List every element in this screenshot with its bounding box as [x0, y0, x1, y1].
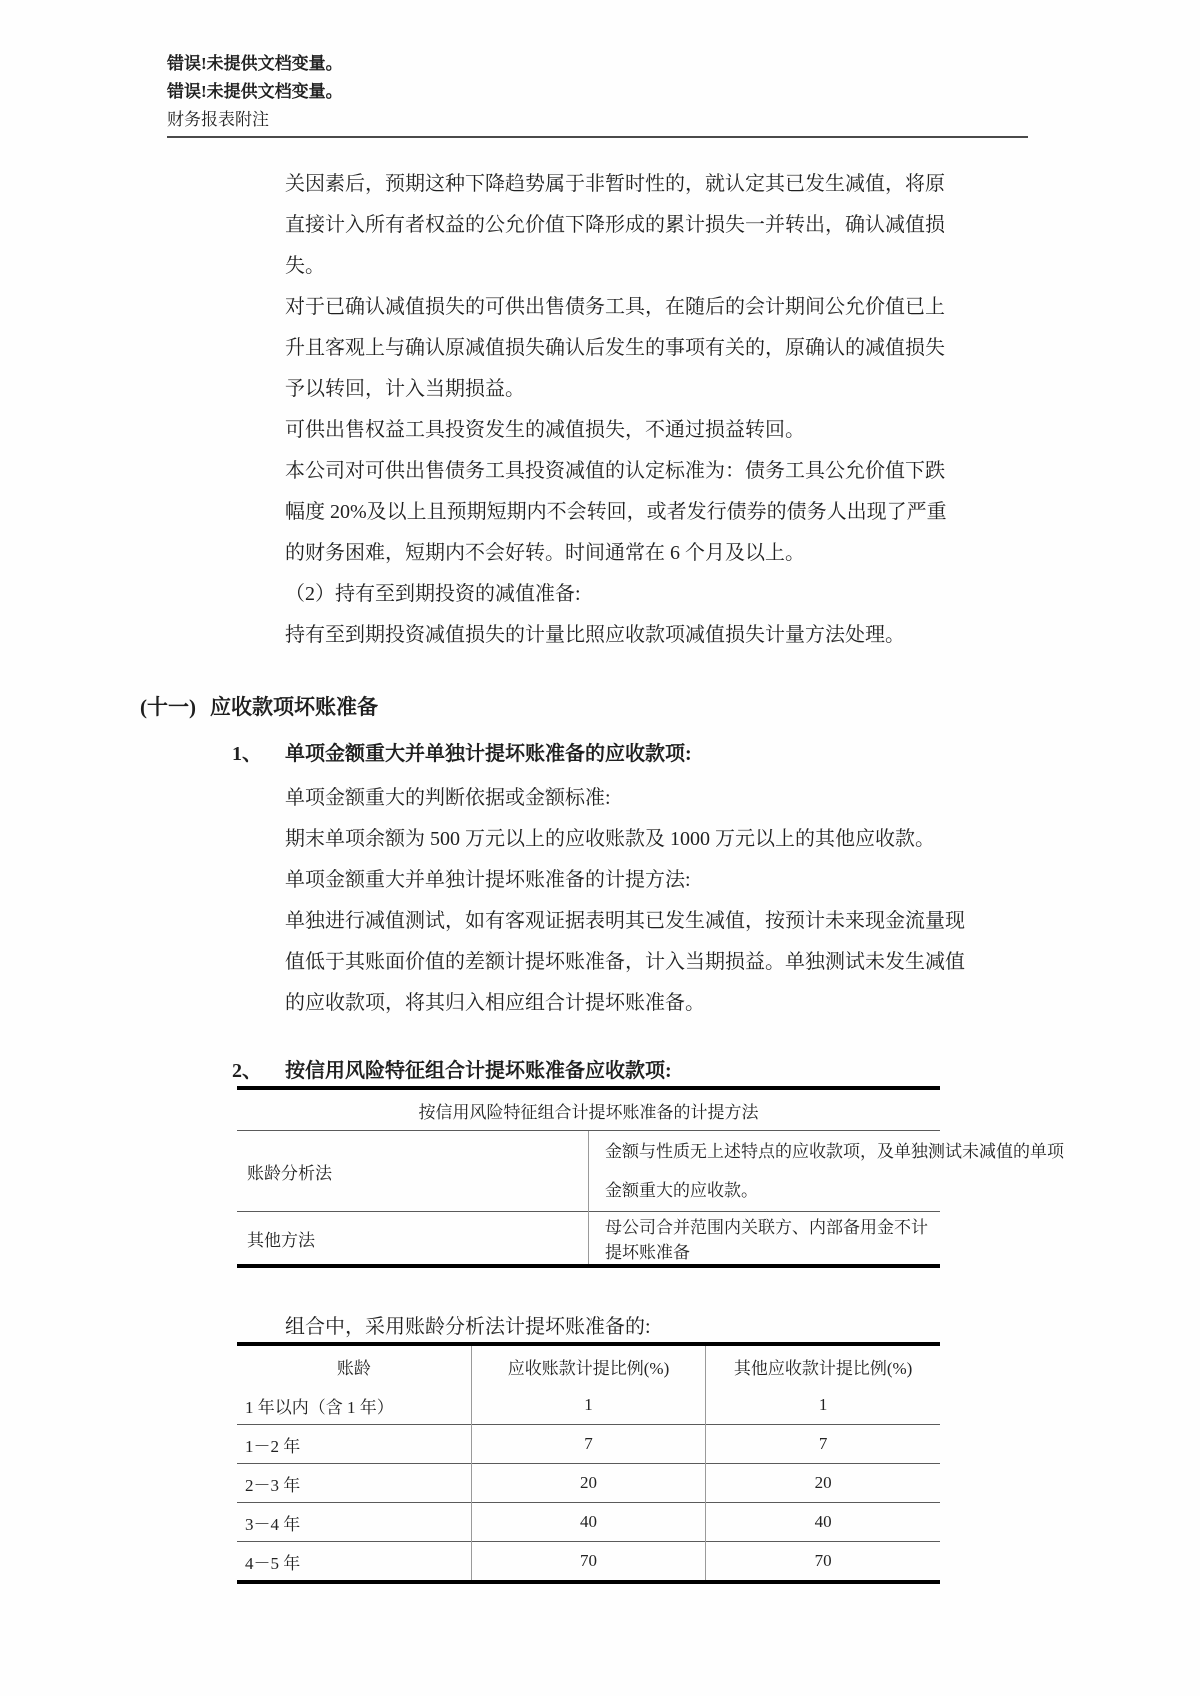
other-receivable-ratio-cell: 1 [706, 1386, 940, 1425]
text-line: 的应收款项，将其归入相应组合计提坏账准备。 [285, 983, 1200, 1024]
aging-range-cell: 4－5 年 [237, 1542, 471, 1583]
method-name-cell: 其他方法 [237, 1212, 589, 1267]
text-line: 可供出售权益工具投资发生的减值损失，不通过损益转回。 [285, 410, 1200, 451]
aging-table-row: 1 年以内（含 1 年） 1 1 [237, 1386, 940, 1425]
method-desc-line-2: 金额重大的应收款。 [605, 1171, 939, 1210]
header-divider [167, 136, 1028, 138]
item-1-title: 单项金额重大并单独计提坏账准备的应收款项: [285, 739, 692, 769]
aging-range-cell: 1－2 年 [237, 1425, 471, 1464]
provision-method-table: 按信用风险特征组合计提坏账准备的计提方法 账龄分析法 金额与性质无上述特点的应收… [237, 1086, 940, 1268]
item-1-number: 1、 [232, 739, 285, 769]
header-error-line-2: 错误!未提供文档变量。 [167, 78, 1028, 106]
other-receivable-ratio-cell: 20 [706, 1464, 940, 1503]
aging-table-intro: 组合中，采用账龄分析法计提坏账准备的: [285, 1314, 1200, 1340]
item-2-number: 2、 [232, 1056, 285, 1086]
text-line: 关因素后，预期这种下降趋势属于非暂时性的，就认定其已发生减值，将原 [285, 164, 1200, 205]
text-line: 持有至到期投资减值损失的计量比照应收款项减值损失计量方法处理。 [285, 615, 1200, 656]
text-line: 幅度 20%及以上且预期短期内不会转回，或者发行债券的债务人出现了严重 [285, 492, 1200, 533]
text-line: 值低于其账面价值的差额计提坏账准备，计入当期损益。单独测试未发生减值 [285, 942, 1200, 983]
method-name-cell: 账龄分析法 [237, 1131, 589, 1212]
impairment-paragraphs: 关因素后，预期这种下降趋势属于非暂时性的，就认定其已发生减值，将原 直接计入所有… [285, 164, 1200, 656]
section-11-heading: (十一) 应收款项坏账准备 [140, 692, 1200, 722]
aging-table-column-header: 应收账款计提比例(%) [471, 1344, 705, 1386]
receivable-ratio-cell: 70 [471, 1542, 705, 1583]
item-1-paragraphs: 单项金额重大的判断依据或金额标准: 期末单项余额为 500 万元以上的应收账款及… [285, 778, 1200, 1024]
receivable-ratio-cell: 1 [471, 1386, 705, 1425]
text-line: 失。 [285, 246, 1200, 287]
receivable-ratio-cell: 40 [471, 1503, 705, 1542]
section-11-number: (十一) [140, 692, 210, 722]
aging-table-row: 2－3 年 20 20 [237, 1464, 940, 1503]
aging-range-cell: 1 年以内（含 1 年） [237, 1386, 471, 1425]
text-line: （2）持有至到期投资的减值准备: [285, 574, 1200, 615]
receivable-ratio-cell: 20 [471, 1464, 705, 1503]
text-line: 单独进行减值测试，如有客观证据表明其已发生减值，按预计未来现金流量现 [285, 901, 1200, 942]
aging-range-cell: 3－4 年 [237, 1503, 471, 1542]
method-table-row-other: 其他方法 母公司合并范围内关联方、内部备用金不计提坏账准备 [237, 1212, 940, 1267]
aging-provision-table: 账龄 应收账款计提比例(%) 其他应收款计提比例(%) 1 年以内（含 1 年）… [237, 1342, 940, 1584]
aging-table-column-header: 账龄 [237, 1344, 471, 1386]
header-subtitle: 财务报表附注 [167, 106, 1028, 134]
receivable-ratio-cell: 7 [471, 1425, 705, 1464]
aging-table-row: 3－4 年 40 40 [237, 1503, 940, 1542]
aging-table-row: 4－5 年 70 70 [237, 1542, 940, 1583]
method-table-header-row: 按信用风险特征组合计提坏账准备的计提方法 [237, 1088, 940, 1131]
method-desc-cell: 母公司合并范围内关联方、内部备用金不计提坏账准备 [589, 1212, 941, 1267]
text-line: 单项金额重大的判断依据或金额标准: [285, 778, 1200, 819]
text-line: 对于已确认减值损失的可供出售债务工具，在随后的会计期间公允价值已上 [285, 287, 1200, 328]
page-header: 错误!未提供文档变量。 错误!未提供文档变量。 财务报表附注 [167, 0, 1028, 138]
item-2-title: 按信用风险特征组合计提坏账准备应收款项: [285, 1056, 672, 1086]
aging-table-body: 1 年以内（含 1 年） 1 1 1－2 年 7 7 2－3 年 20 20 [237, 1386, 940, 1582]
method-desc-cell: 金额与性质无上述特点的应收款项，及单独测试未减值的单项 金额重大的应收款。 [589, 1131, 941, 1212]
document-page: 错误!未提供文档变量。 错误!未提供文档变量。 财务报表附注 关因素后，预期这种… [0, 0, 1200, 1696]
method-table-header: 按信用风险特征组合计提坏账准备的计提方法 [237, 1088, 940, 1131]
method-table-row-aging: 账龄分析法 金额与性质无上述特点的应收款项，及单独测试未减值的单项 金额重大的应… [237, 1131, 940, 1212]
text-line: 本公司对可供出售债务工具投资减值的认定标准为：债务工具公允价值下跌 [285, 451, 1200, 492]
text-line: 单项金额重大并单独计提坏账准备的计提方法: [285, 860, 1200, 901]
text-line: 期末单项余额为 500 万元以上的应收账款及 1000 万元以上的其他应收款。 [285, 819, 1200, 860]
other-receivable-ratio-cell: 40 [706, 1503, 940, 1542]
item-2-heading: 2、 按信用风险特征组合计提坏账准备应收款项: [232, 1056, 1200, 1086]
item-1-heading: 1、 单项金额重大并单独计提坏账准备的应收款项: [232, 739, 1200, 769]
header-error-line-1: 错误!未提供文档变量。 [167, 50, 1028, 78]
other-receivable-ratio-cell: 70 [706, 1542, 940, 1583]
section-11-title: 应收款项坏账准备 [210, 692, 378, 722]
other-receivable-ratio-cell: 7 [706, 1425, 940, 1464]
aging-table-column-header: 其他应收款计提比例(%) [706, 1344, 940, 1386]
method-desc-line-1: 金额与性质无上述特点的应收款项，及单独测试未减值的单项 [605, 1132, 939, 1171]
text-line: 升且客观上与确认原减值损失确认后发生的事项有关的，原确认的减值损失 [285, 328, 1200, 369]
aging-table-header-row: 账龄 应收账款计提比例(%) 其他应收款计提比例(%) [237, 1344, 940, 1386]
text-line: 直接计入所有者权益的公允价值下降形成的累计损失一并转出，确认减值损 [285, 205, 1200, 246]
text-line: 的财务困难，短期内不会好转。时间通常在 6 个月及以上。 [285, 533, 1200, 574]
aging-table-row: 1－2 年 7 7 [237, 1425, 940, 1464]
aging-range-cell: 2－3 年 [237, 1464, 471, 1503]
text-line: 予以转回，计入当期损益。 [285, 369, 1200, 410]
